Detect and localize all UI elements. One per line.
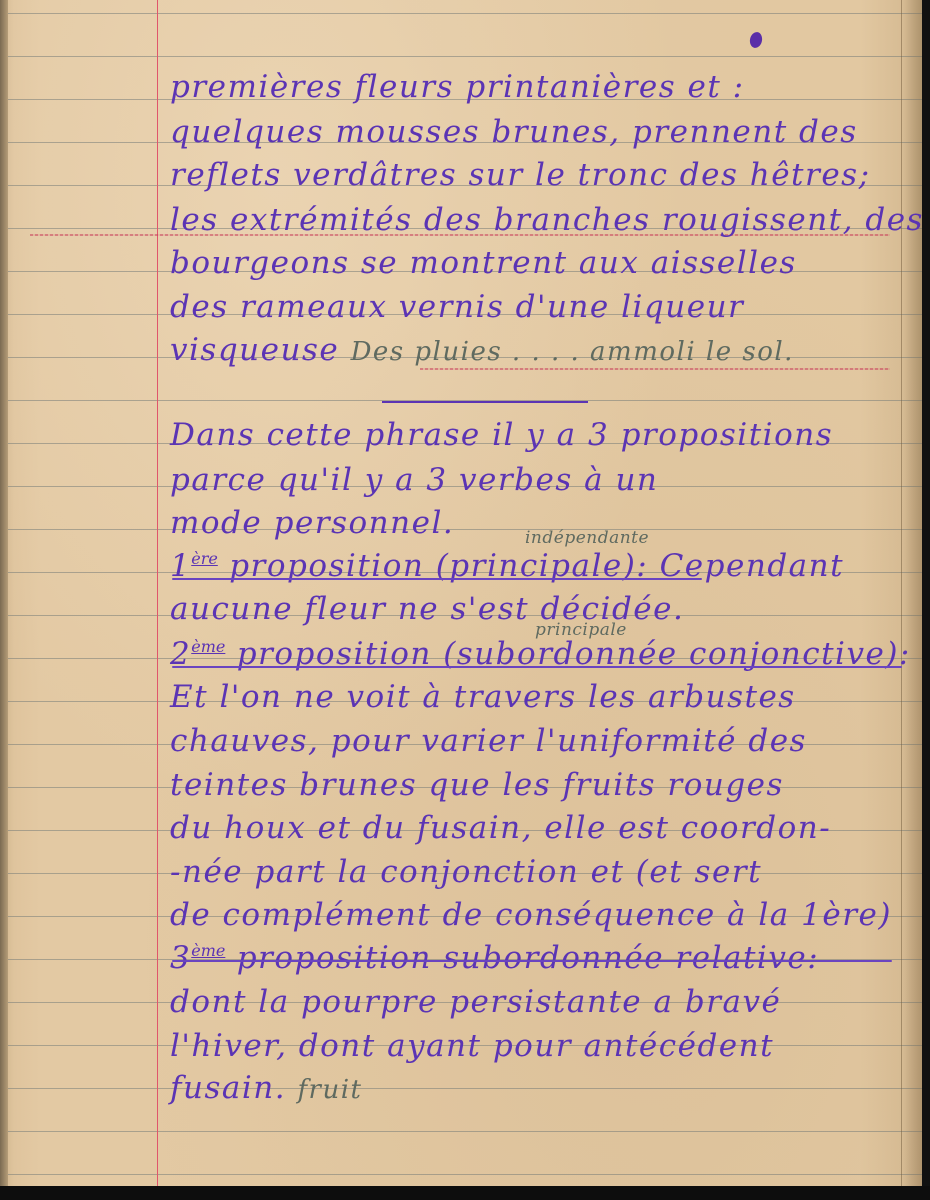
- final-ink-word: fusain.: [170, 1070, 286, 1106]
- notebook-page: premières fleurs printanières et : quelq…: [0, 0, 922, 1186]
- heading-underline: [172, 960, 892, 962]
- proposition-content: dont la pourpre persistante a bravé: [170, 987, 781, 1018]
- proposition-content: teintes brunes que les fruits rouges: [170, 770, 784, 801]
- passage-last-line: visqueuse Des pluies . . . . ammoli le s…: [170, 335, 794, 366]
- pencil-correction: indépendante: [525, 528, 649, 548]
- passage-line: reflets verdâtres sur le tronc des hêtre…: [170, 160, 871, 191]
- red-pencil-mark: [420, 368, 890, 370]
- proposition-heading: 3ème proposition subordonnée relative:: [170, 943, 819, 974]
- proposition-content: chauves, pour varier l'uniformité des: [170, 726, 807, 757]
- passage-line: des rameaux vernis d'une liqueur: [170, 292, 744, 323]
- ordinal-suffix: ère: [191, 549, 218, 568]
- proposition-final-line: fusain. fruit: [170, 1073, 363, 1104]
- proposition-content: -née part la conjonction et (et sert: [170, 857, 762, 888]
- proposition-content: l'hiver, dont ayant pour antécédent: [170, 1031, 774, 1062]
- heading-underline: [172, 666, 902, 668]
- margin-line: [157, 0, 158, 1186]
- proposition-content: du houx et du fusain, elle est coordon-: [170, 813, 831, 844]
- proposition-number: 3: [170, 940, 191, 976]
- heading-underline: [172, 578, 702, 580]
- analysis-line: mode personnel.: [170, 508, 454, 539]
- proposition-content: de complément de conséquence à la 1ère): [170, 900, 892, 931]
- passage-ink-word: visqueuse: [170, 332, 339, 368]
- pencil-completion: Des pluies . . . . ammoli le sol.: [351, 337, 794, 367]
- spine-shadow: [0, 0, 8, 1186]
- proposition-label: proposition subordonnée relative:: [237, 940, 819, 976]
- pencil-correction: fruit: [297, 1075, 362, 1105]
- section-separator: [382, 401, 588, 403]
- passage-line: bourgeons se montrent aux aisselles: [170, 248, 797, 279]
- proposition-content: Et l'on ne voit à travers les arbustes: [170, 682, 796, 713]
- scan-border: [0, 1186, 930, 1200]
- ordinal-suffix: ème: [191, 941, 225, 960]
- passage-line: premières fleurs printanières et :: [170, 72, 745, 103]
- passage-line: les extrémités des branches rougissent, …: [170, 205, 922, 236]
- analysis-line: parce qu'il y a 3 verbes à un: [170, 465, 658, 496]
- ordinal-suffix: ème: [191, 637, 225, 656]
- passage-line: quelques mousses brunes, prennent des: [170, 117, 858, 148]
- page-edge: [901, 0, 922, 1186]
- analysis-line: Dans cette phrase il y a 3 propositions: [170, 420, 833, 451]
